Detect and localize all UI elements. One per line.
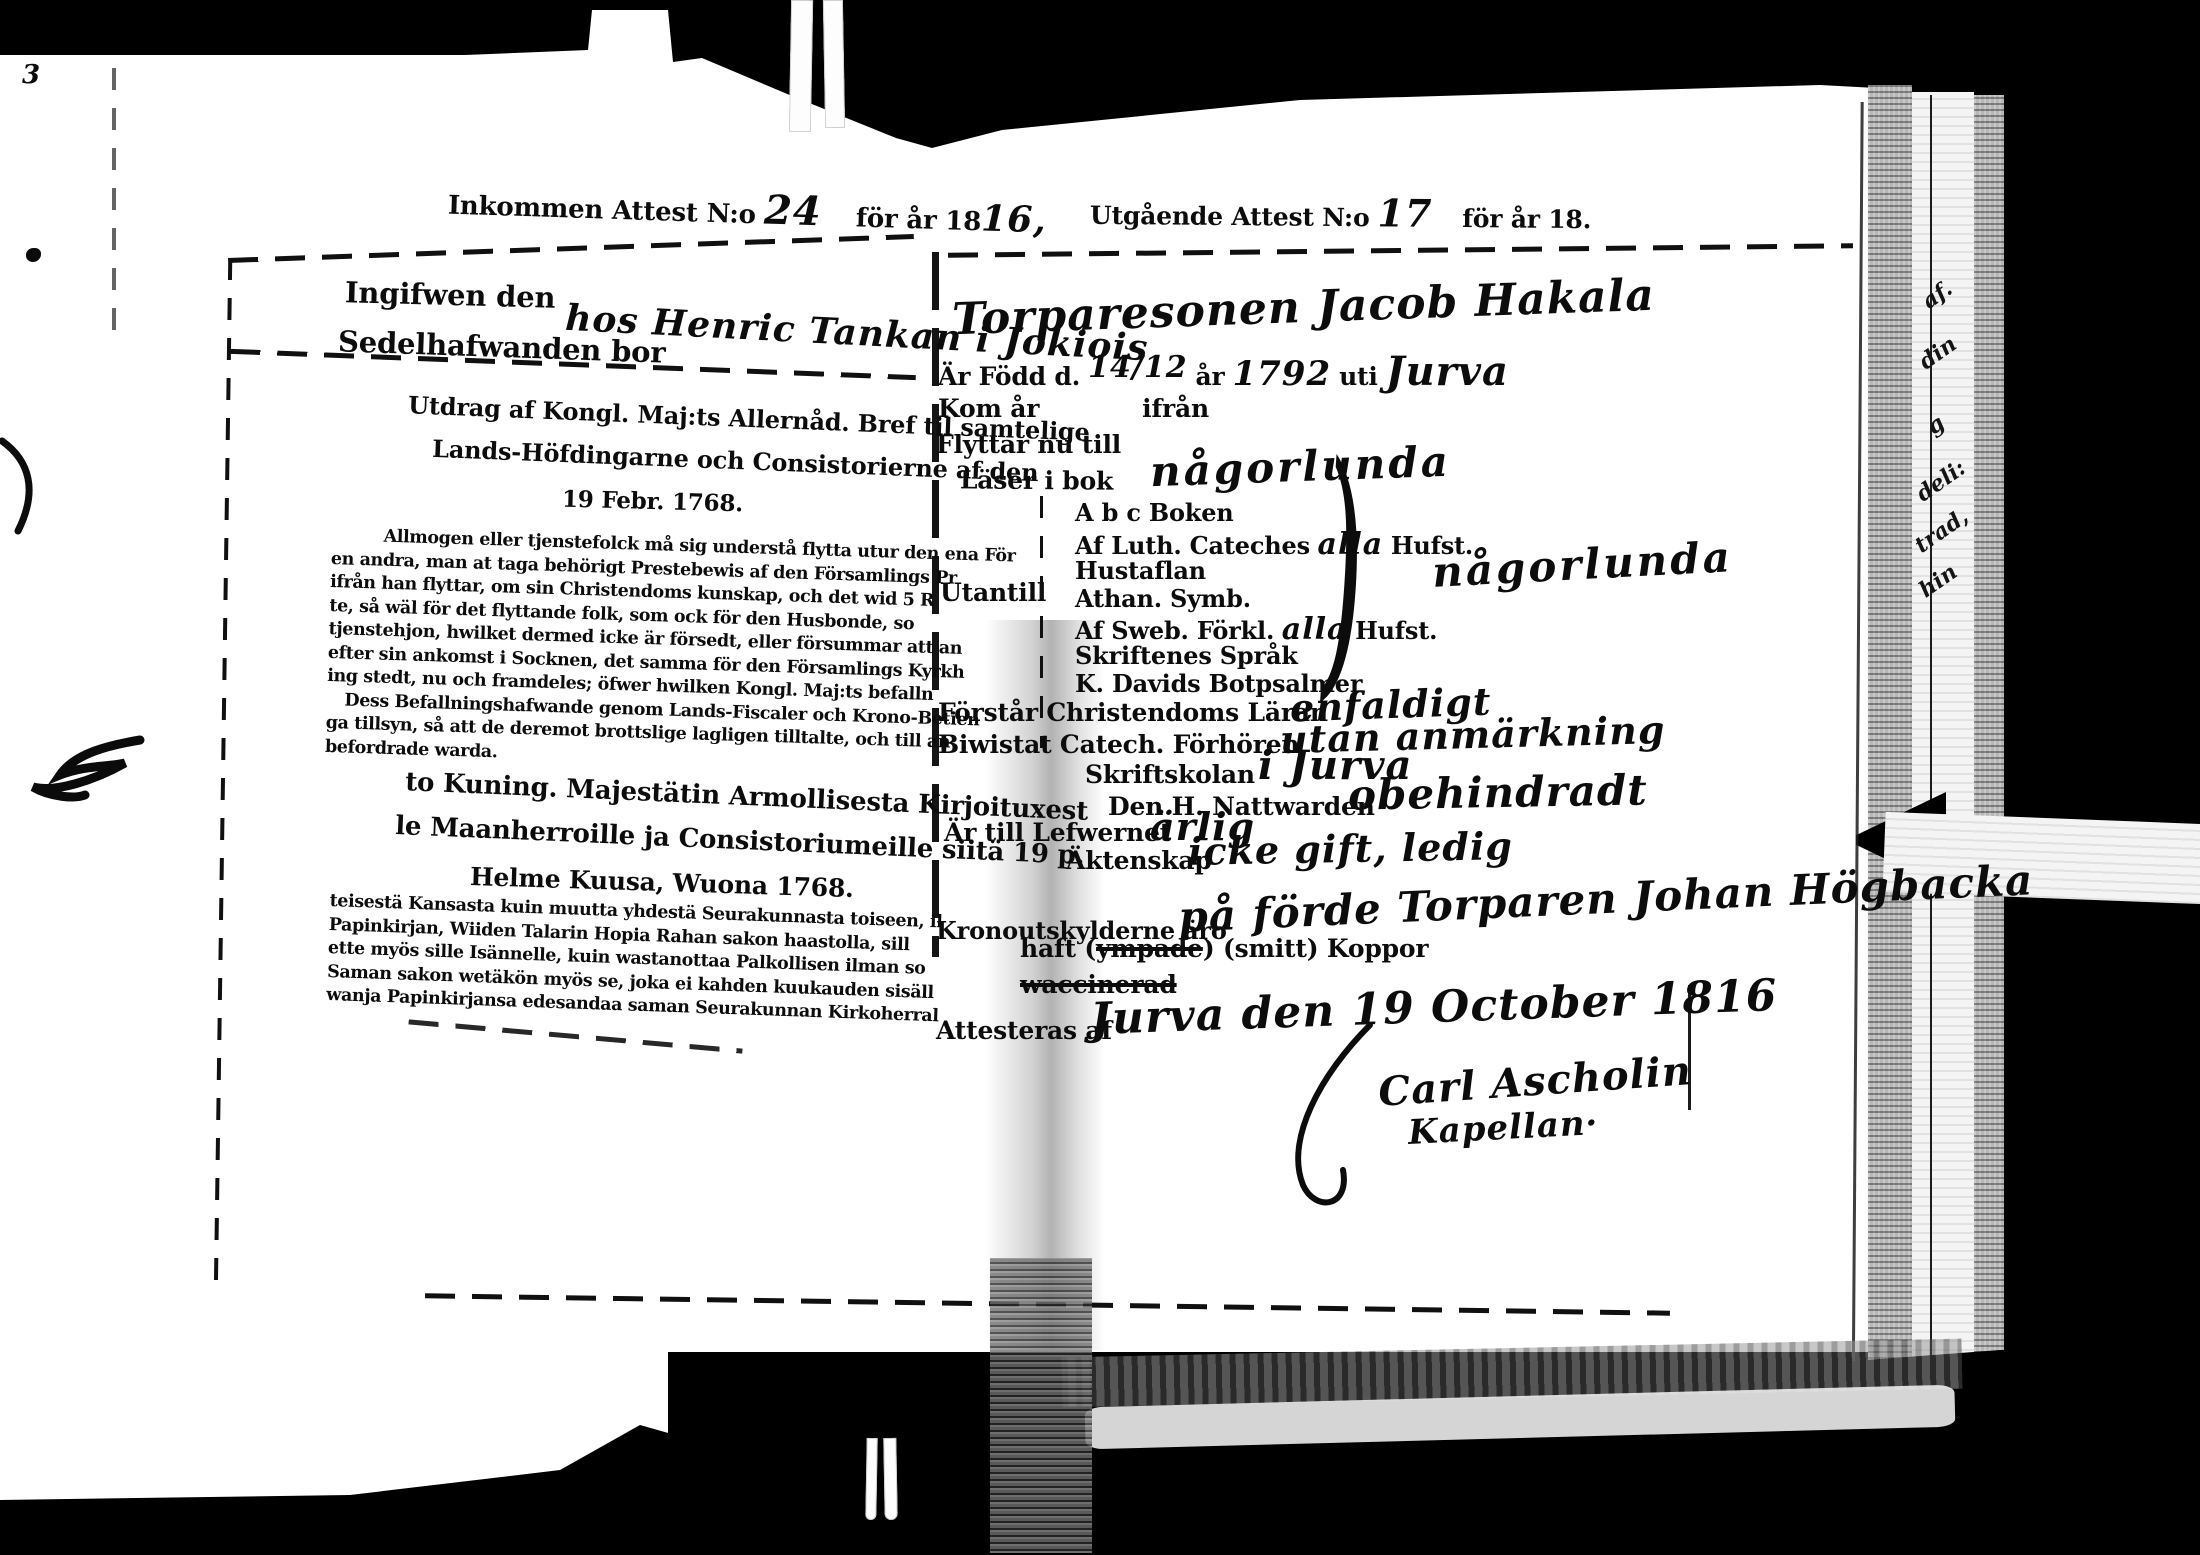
signature-flourish: [1275, 1020, 1385, 1220]
forstar-label: Förstår Christendoms Läran: [938, 698, 1328, 727]
bookmark-ribbon-bottom-1: [865, 1438, 877, 1520]
lefwernet-label: Är till Lefwernet: [944, 818, 1171, 847]
outgoing-attest-header: Utgående Attest N:o 17 för år 18.: [1090, 188, 1592, 237]
attesteras-label: Attesteras af: [936, 1016, 1112, 1045]
scanned-church-record: af. din g deli: trad, hin Inkommen Attes…: [0, 0, 2200, 1555]
swedish-decree-paragraph: Allmogen eller tjenstefolck må sig under…: [325, 524, 1016, 780]
gutter-bottom-texture: [990, 1258, 1092, 1553]
list-item-athan: Athan. Symb.: [1075, 584, 1251, 613]
ingifwen-label: Ingifwen den: [345, 275, 556, 314]
born-day-handwriting: 14/12: [1088, 350, 1187, 385]
forkl-hufst-label: Hufst.: [1355, 616, 1437, 645]
page-edge-strip-3: [1974, 95, 2004, 1455]
laser-label: Läser i bok: [960, 465, 1113, 495]
utantill-label: Utantill: [940, 578, 1046, 607]
koppor-row: haft (ympade) (smitt) Koppor: [1020, 934, 1428, 963]
utdrag-title-line3: 19 Febr. 1768.: [562, 486, 744, 518]
bookmark-ribbon-bottom-2: [883, 1438, 897, 1520]
bookmark-ribbon-top-2: [823, 0, 845, 128]
outgoing-attest-label: Utgående Attest N:o: [1090, 201, 1370, 232]
born-place-handwriting: Jurva: [1386, 348, 1509, 395]
paper-edge-dashes: [112, 68, 116, 340]
incoming-attest-number: 24: [763, 187, 822, 236]
list-item-hustaflan: Hustaflan: [1075, 556, 1206, 585]
ifran-label: ifrån: [1142, 394, 1209, 423]
biwistat-label: Biwistat Catech. Förhören: [938, 730, 1299, 759]
page-edge-strip-1: [1868, 85, 1912, 1455]
edge-ink-flourish: [15, 735, 145, 815]
laser-handwriting: någorlunda: [1149, 437, 1451, 496]
kom-label: Kom år: [938, 394, 1039, 423]
born-row: Är Född d. 14/12 år 1792 uti Jurva: [938, 348, 1509, 395]
edge-ink-hook: [0, 436, 50, 536]
haft-label-post: ) (smitt) Koppor: [1203, 934, 1428, 963]
outgoing-attest-number: 17: [1377, 190, 1432, 235]
incoming-attest-label: Inkommen Attest N:o: [448, 191, 757, 231]
skriftskolan-label: Skriftskolan: [1085, 760, 1255, 789]
haft-label-pre: haft (: [1020, 934, 1096, 963]
incoming-attest-year-label: för år 18: [855, 203, 981, 237]
outgoing-attest-year-label: för år 18.: [1462, 204, 1591, 234]
cateches-alla-hw: alla: [1318, 527, 1384, 562]
nattwarden-handwriting: obehindradt: [1348, 765, 1648, 819]
list-item-abc: A b c Boken: [1075, 498, 1234, 527]
haft-ympade-struck: ympade: [1096, 934, 1203, 963]
incoming-attest-year-hw: 16,: [981, 197, 1048, 241]
born-year-label: år: [1196, 362, 1225, 391]
list-item-skriftenes: Skriftenes Språk: [1075, 641, 1298, 670]
flyttar-label: Flyttar nu till: [936, 430, 1121, 459]
aktenskap-handwriting: icke gift, ledig: [1188, 823, 1514, 874]
born-uti-label: uti: [1339, 362, 1378, 391]
finnish-decree-paragraph: teisestä Kansasta kuin muutta yhdestä Se…: [326, 890, 943, 1029]
corner-ink-note: 3: [22, 60, 41, 90]
kom-row: Kom år ifrån: [938, 394, 1209, 423]
born-label: Är Född d.: [938, 362, 1080, 391]
bookmark-ribbon-top-1: [789, 0, 813, 132]
born-year-handwriting: 1792: [1232, 354, 1331, 394]
